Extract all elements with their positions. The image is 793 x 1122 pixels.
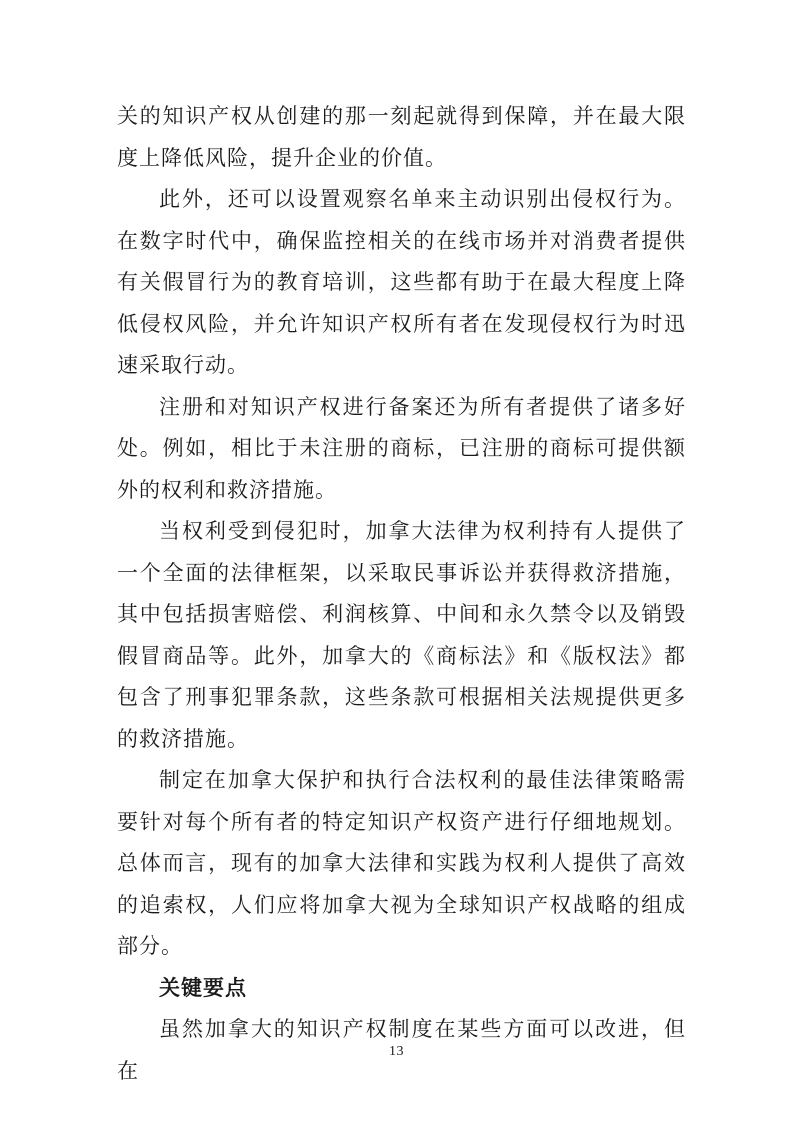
- document-page: 关的知识产权从创建的那一刻起就得到保障，并在最大限度上降低风险，提升企业的价值。…: [0, 0, 793, 1122]
- body-paragraph-registration-benefits: 注册和对知识产权进行备案还为所有者提供了诸多好处。例如，相比于未注册的商标，已注…: [117, 387, 686, 512]
- body-paragraph-watchlist: 此外，还可以设置观察名单来主动识别出侵权行为。在数字时代中，确保监控相关的在线市…: [117, 179, 686, 387]
- continuation-paragraph: 关的知识产权从创建的那一刻起就得到保障，并在最大限度上降低风险，提升企业的价值。: [117, 96, 686, 179]
- page-text-block: 关的知识产权从创建的那一刻起就得到保障，并在最大限度上降低风险，提升企业的价值。…: [117, 96, 686, 1092]
- page-number: 13: [389, 1044, 404, 1059]
- key-points-heading: 关键要点: [117, 968, 686, 1010]
- body-paragraph-strategy: 制定在加拿大保护和执行合法权利的最佳法律策略需要针对每个所有者的特定知识产权资产…: [117, 760, 686, 968]
- body-paragraph-legal-framework: 当权利受到侵犯时，加拿大法律为权利持有人提供了一个全面的法律框架，以采取民事诉讼…: [117, 511, 686, 760]
- page-footer: 13: [0, 1042, 793, 1060]
